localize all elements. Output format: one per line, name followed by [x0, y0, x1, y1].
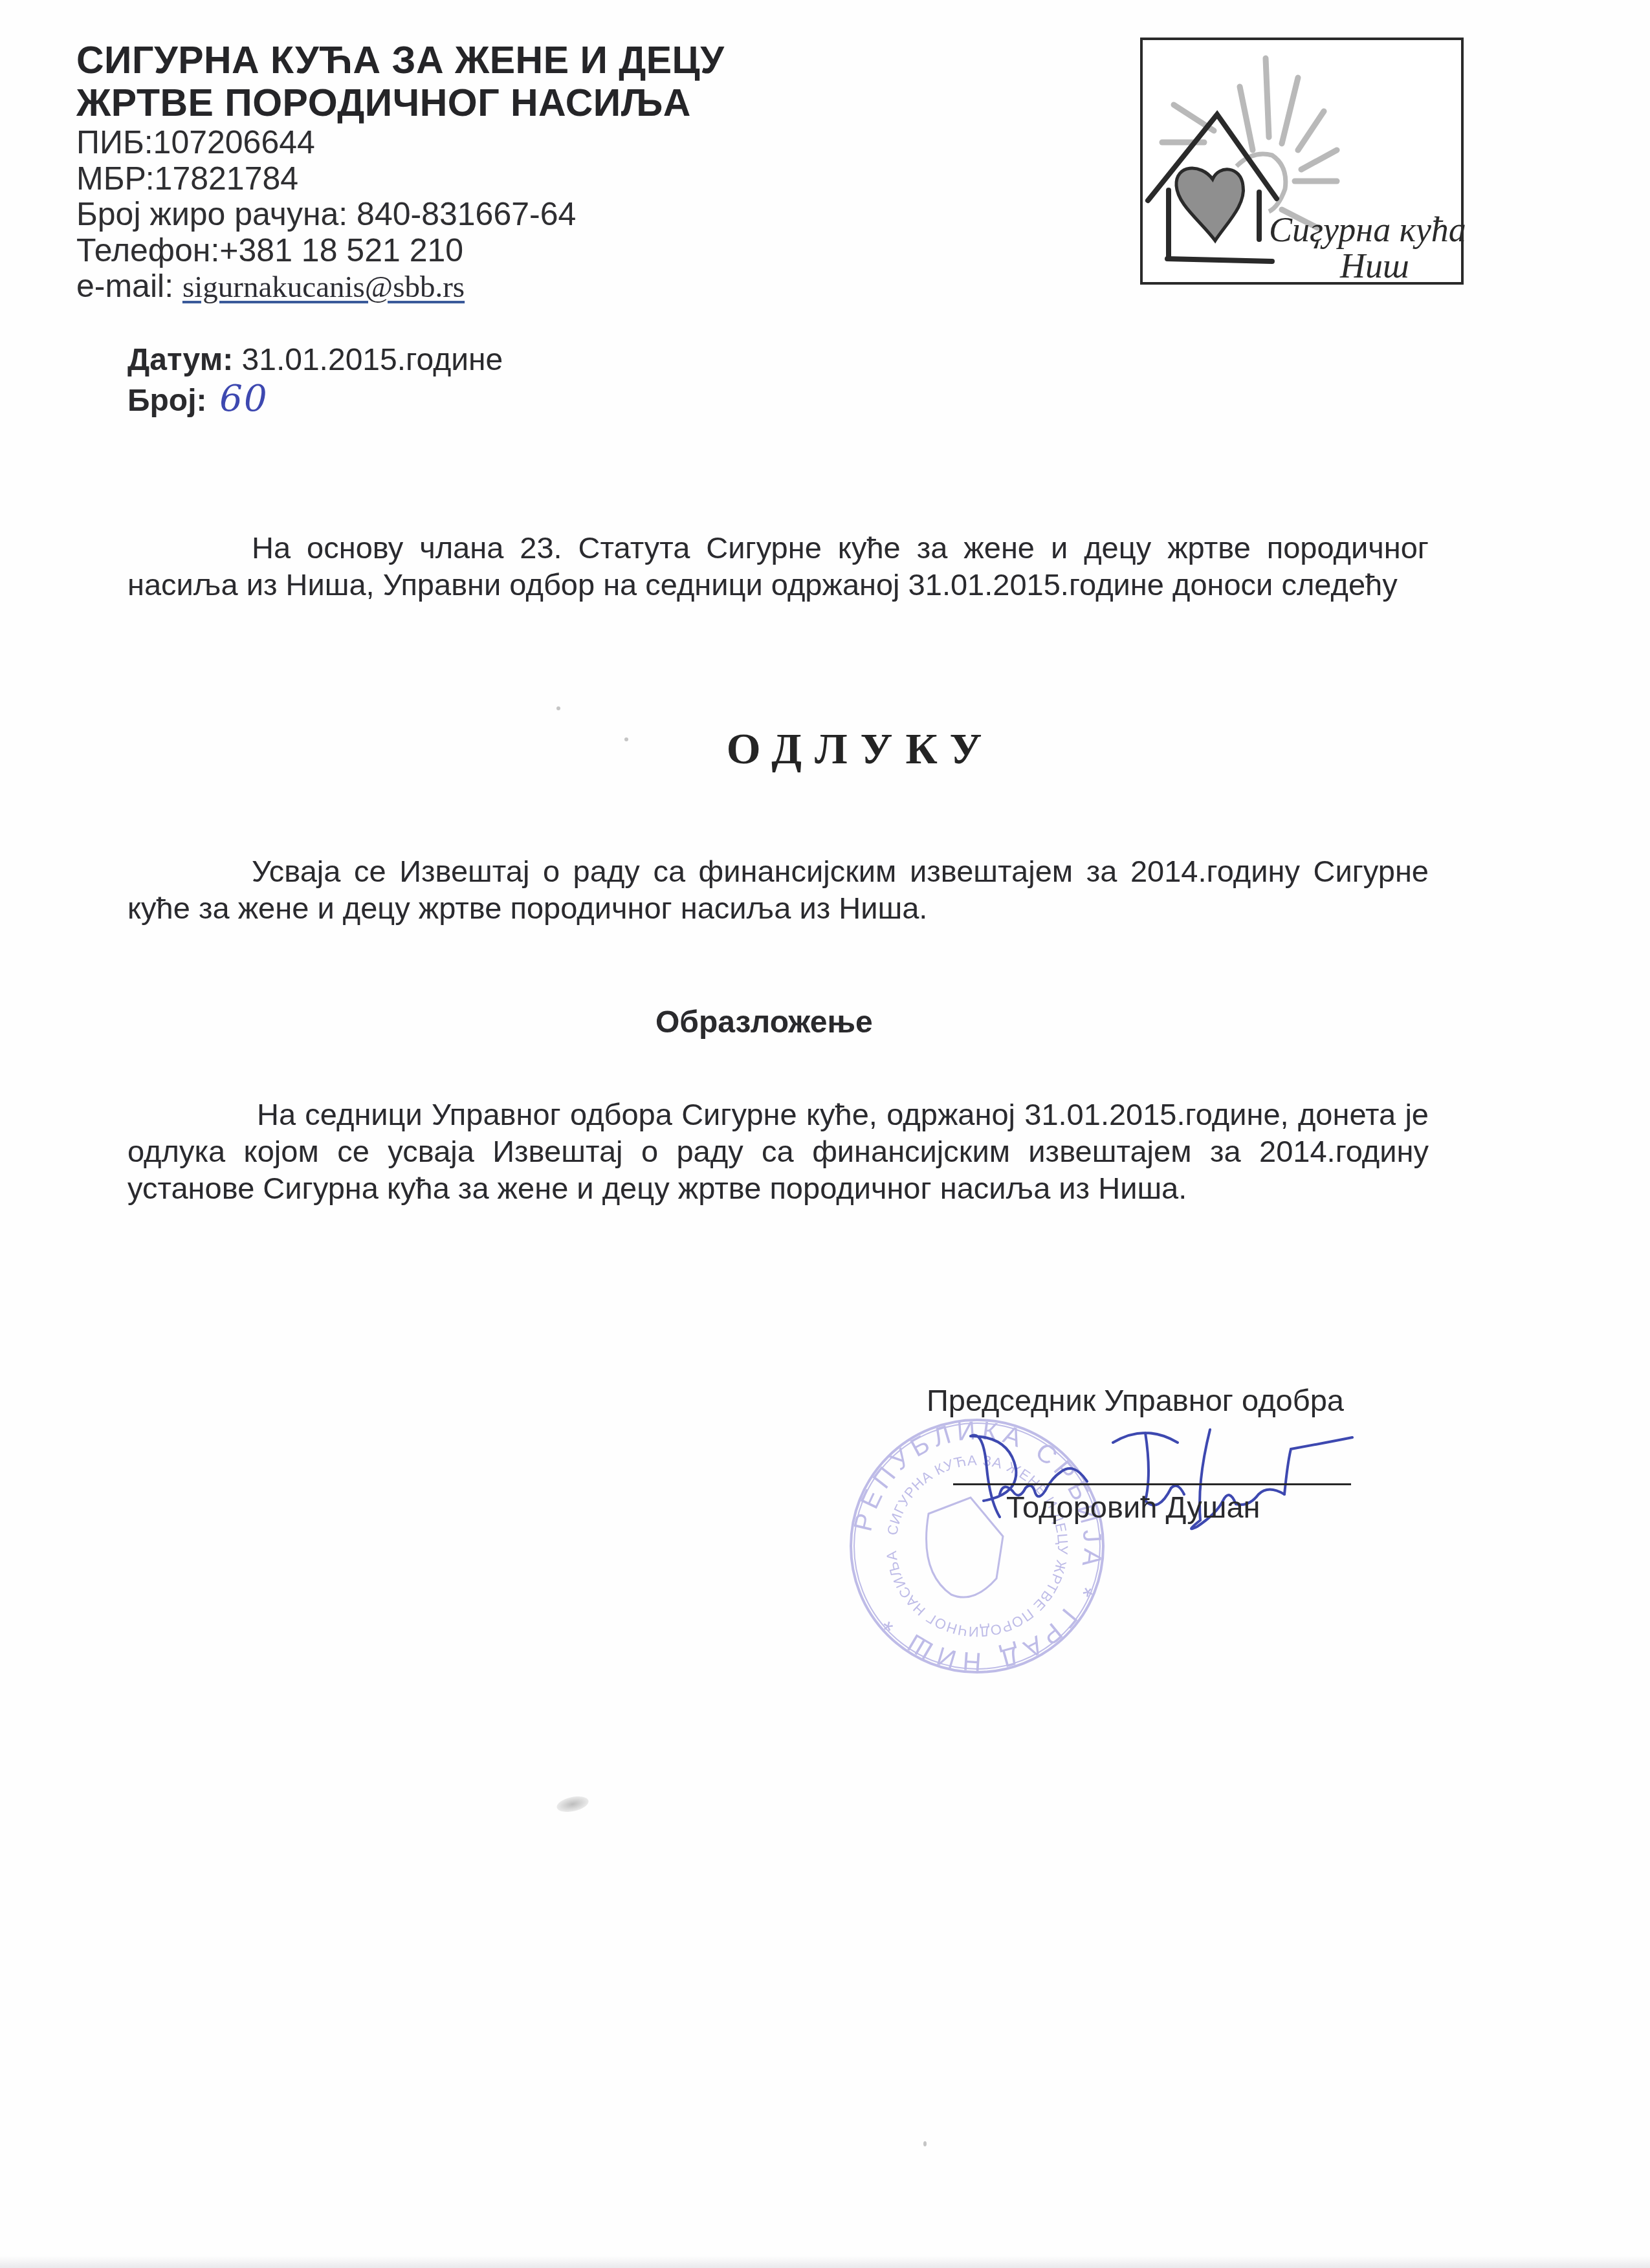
number-label: Број: — [127, 384, 206, 418]
scan-edge — [0, 2256, 1650, 2268]
logo-text-line2: Ниш — [1340, 246, 1409, 286]
date-label: Датум: — [127, 343, 233, 377]
scan-smudge — [555, 1794, 589, 1815]
email-label: e-mail: — [76, 268, 182, 304]
organization-name: СИГУРНА КУЋА ЗА ЖЕНЕ И ДЕЦУ ЖРТВЕ ПОРОДИ… — [76, 39, 724, 124]
signature-line — [953, 1483, 1351, 1485]
scan-speck — [624, 737, 628, 741]
scan-speck — [556, 706, 560, 710]
date-row: Датум: 31.01.2015.године — [127, 341, 503, 380]
document-page: СИГУРНА КУЋА ЗА ЖЕНЕ И ДЕЦУ ЖРТВЕ ПОРОДИ… — [0, 0, 1650, 2268]
number-row: Број: 60 — [127, 380, 503, 420]
logo-text-line1: Сиӷурна кућа — [1269, 210, 1466, 250]
date-value: 31.01.2015.године — [233, 343, 503, 377]
organization-logo: Сиӷурна кућа Ниш — [1140, 38, 1464, 285]
organization-details: ПИБ:107206644 МБР:17821784 Број жиро рач… — [76, 125, 576, 306]
document-meta: Датум: 31.01.2015.године Број: 60 — [127, 341, 503, 420]
phone-number: Телефон:+381 18 521 210 — [76, 233, 576, 269]
handwritten-number: 60 — [206, 378, 268, 420]
signer-name: Тодоровић Душан — [1006, 1489, 1260, 1525]
intro-paragraph: На основу члана 23. Статута Сигурне куће… — [127, 529, 1429, 603]
explanation-title: Образложење — [655, 1005, 873, 1040]
organization-name-line1: СИГУРНА КУЋА ЗА ЖЕНЕ И ДЕЦУ — [76, 39, 724, 82]
organization-name-line2: ЖРТВЕ ПОРОДИЧНОГ НАСИЉА — [76, 82, 724, 124]
registration-number: МБР:17821784 — [76, 161, 576, 197]
bank-account: Број жиро рачуна: 840-831667-64 — [76, 197, 576, 233]
email-link[interactable]: sigurnakucanis@sbb.rs — [182, 270, 465, 304]
email-row: e-mail: sigurnakucanis@sbb.rs — [76, 268, 576, 306]
decision-paragraph: Усваја се Извештај о раду са финансијски… — [127, 853, 1429, 926]
tax-id: ПИБ:107206644 — [76, 125, 576, 161]
decision-title: ОДЛУКУ — [0, 723, 1650, 774]
scan-speck — [923, 2141, 927, 2146]
explanation-paragraph: На седници Управног одбора Сигурне куће,… — [127, 1096, 1429, 1206]
